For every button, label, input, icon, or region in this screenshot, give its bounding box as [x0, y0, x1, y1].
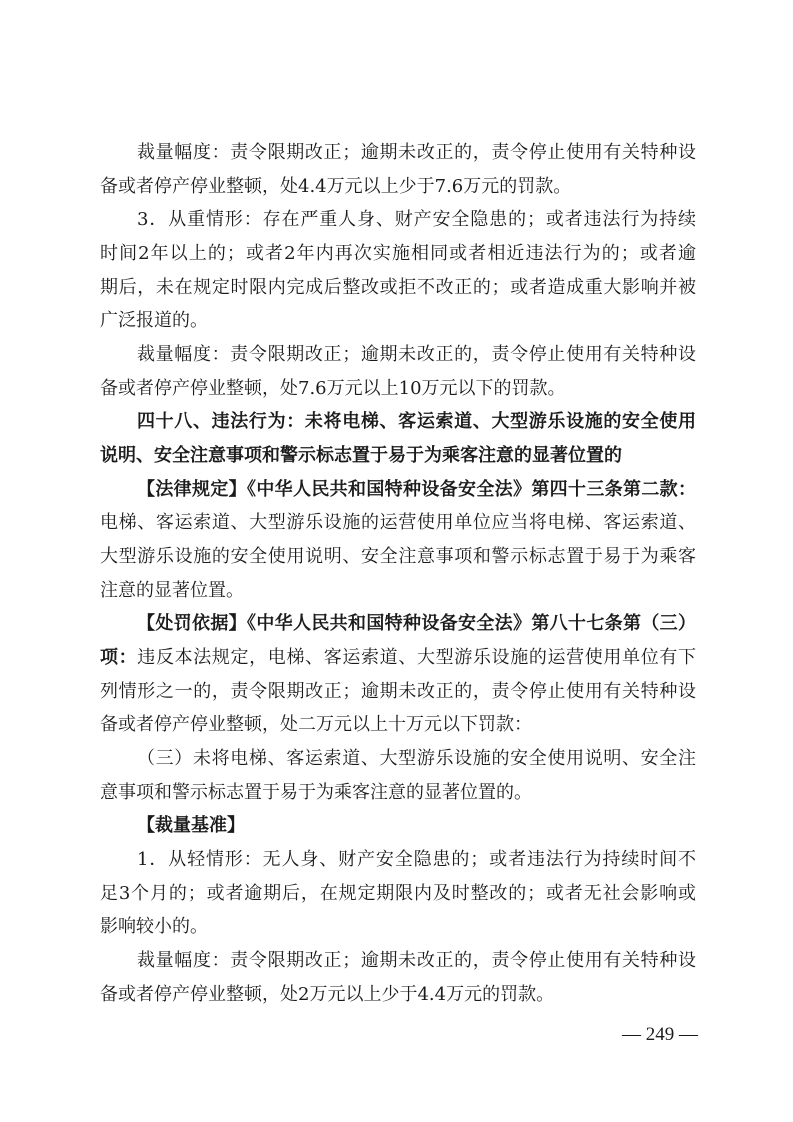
text-line: 裁量幅度：责令限期改正；逾期未改正的，责令停止使用有关特种设 — [100, 338, 696, 372]
paragraph-penalty-basis: 【处罚依据】《中华人民共和国特种设备安全法》第八十七条第（三） 项：违反本法规定… — [100, 607, 696, 742]
section-heading: 四十八、违法行为：未将电梯、客运索道、大型游乐设施的安全使用 说明、安全注意事项… — [100, 405, 696, 472]
paragraph-discretion-range: 裁量幅度：责令限期改正；逾期未改正的，责令停止使用有关特种设 备或者停产停业整顿… — [100, 338, 696, 405]
text-line: 列情形之一的，责令限期改正；逾期未改正的，责令停止使用有关特种设 — [100, 675, 696, 709]
text-line: 3．从重情形：存在严重人身、财产安全隐患的；或者违法行为持续 — [100, 203, 696, 237]
text-line: 备或者停产停业整顿，处7.6万元以上10万元以下的罚款。 — [100, 372, 696, 406]
text-line: 备或者停产停业整顿，处二万元以上十万元以下罚款： — [100, 708, 696, 742]
text-line: 1．从轻情形：无人身、财产安全隐患的；或者违法行为持续时间不 — [100, 843, 696, 877]
text-line: 大型游乐设施的安全使用说明、安全注意事项和警示标志置于易于为乘客 — [100, 540, 696, 574]
page-number: — 249 — — [600, 1022, 698, 1048]
discretion-standard-heading: 【裁量基准】 — [100, 809, 696, 843]
heading-line: 四十八、违法行为：未将电梯、客运索道、大型游乐设施的安全使用 — [100, 405, 696, 439]
text-line: 裁量幅度：责令限期改正；逾期未改正的，责令停止使用有关特种设 — [100, 944, 696, 978]
subheading-line: 【裁量基准】 — [100, 809, 696, 843]
text-line: 足3个月的；或者逾期后，在规定期限内及时整改的；或者无社会影响或 — [100, 877, 696, 911]
text-line: （三）未将电梯、客运索道、大型游乐设施的安全使用说明、安全注 — [100, 742, 696, 776]
paragraph-item-three: （三）未将电梯、客运索道、大型游乐设施的安全使用说明、安全注 意事项和警示标志置… — [100, 742, 696, 809]
text-line: 裁量幅度：责令限期改正；逾期未改正的，责令停止使用有关特种设 — [100, 136, 696, 170]
text-line: 期后，未在规定时限内完成后整改或拒不改正的；或者造成重大影响并被 — [100, 271, 696, 305]
heading-line: 说明、安全注意事项和警示标志置于易于为乘客注意的显著位置的 — [100, 439, 696, 473]
text-line: 项：违反本法规定，电梯、客运索道、大型游乐设施的运营使用单位有下 — [100, 641, 696, 675]
text-line: 广泛报道的。 — [100, 304, 696, 338]
paragraph-mild-circumstance: 1．从轻情形：无人身、财产安全隐患的；或者违法行为持续时间不 足3个月的；或者逾… — [100, 843, 696, 944]
paragraph-discretion-range: 裁量幅度：责令限期改正；逾期未改正的，责令停止使用有关特种设 备或者停产停业整顿… — [100, 136, 696, 203]
body-text: 裁量幅度：责令限期改正；逾期未改正的，责令停止使用有关特种设 备或者停产停业整顿… — [100, 136, 696, 1011]
text-line: 意事项和警示标志置于易于为乘客注意的显著位置的。 — [100, 776, 696, 810]
legal-provision-title: 【法律规定】《中华人民共和国特种设备安全法》第四十三条第二款： — [100, 473, 696, 507]
paragraph-discretion-range: 裁量幅度：责令限期改正；逾期未改正的，责令停止使用有关特种设 备或者停产停业整顿… — [100, 944, 696, 1011]
text-segment: 违反本法规定，电梯、客运索道、大型游乐设施的运营使用单位有下 — [137, 647, 696, 668]
penalty-basis-title-end: 项： — [100, 647, 137, 668]
paragraph-severe-circumstance: 3．从重情形：存在严重人身、财产安全隐患的；或者违法行为持续 时间2年以上的；或… — [100, 203, 696, 338]
penalty-basis-title: 【处罚依据】《中华人民共和国特种设备安全法》第八十七条第（三） — [100, 607, 696, 641]
text-line: 影响较小的。 — [100, 910, 696, 944]
text-line: 电梯、客运索道、大型游乐设施的运营使用单位应当将电梯、客运索道、 — [100, 506, 696, 540]
text-line: 时间2年以上的；或者2年内再次实施相同或者相近违法行为的；或者逾 — [100, 237, 696, 271]
document-page: 裁量幅度：责令限期改正；逾期未改正的，责令停止使用有关特种设 备或者停产停业整顿… — [0, 0, 793, 1122]
text-line: 注意的显著位置。 — [100, 574, 696, 608]
text-line: 备或者停产停业整顿，处2万元以上少于4.4万元的罚款。 — [100, 978, 696, 1012]
paragraph-legal-provision: 【法律规定】《中华人民共和国特种设备安全法》第四十三条第二款： 电梯、客运索道、… — [100, 473, 696, 608]
text-line: 备或者停产停业整顿，处4.4万元以上少于7.6万元的罚款。 — [100, 170, 696, 204]
